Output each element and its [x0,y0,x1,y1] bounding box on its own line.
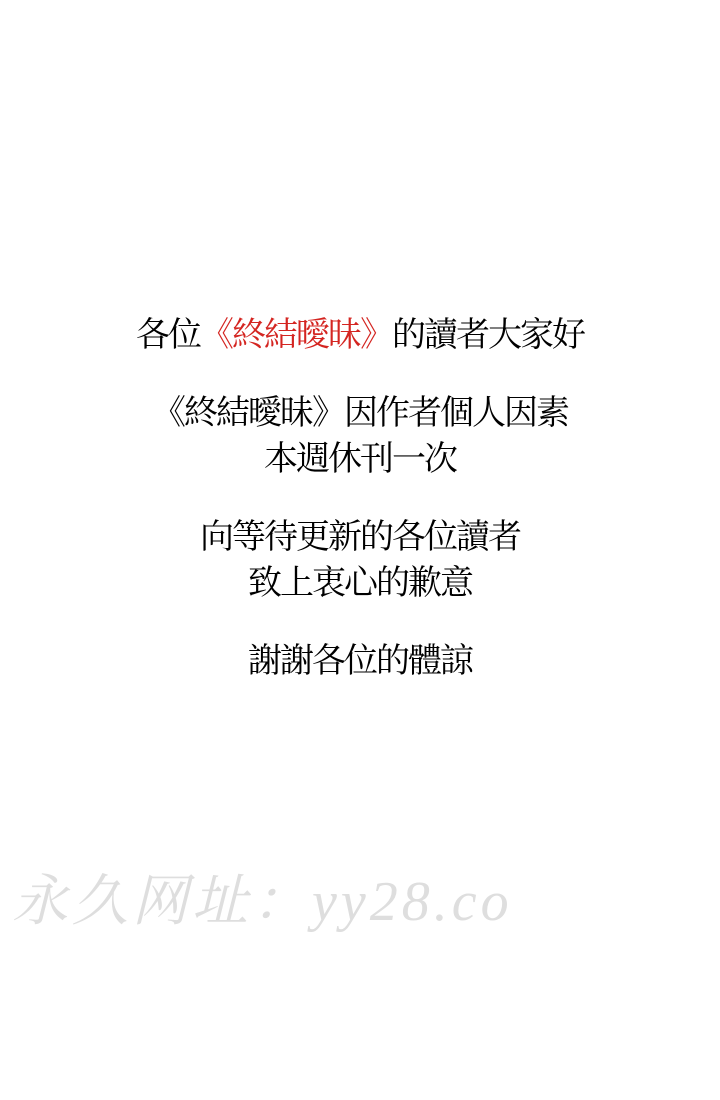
thanks-line: 謝謝各位的體諒 [248,642,472,680]
notice-text-block: 各位《終結曖昧》的讀者大家好 《終結曖昧》因作者個人因素本週休刊一次 向等待更新… [0,312,720,716]
greeting-prefix: 各位 [136,316,200,354]
hiatus-line-2: 本週休刊一次 [264,440,456,478]
hiatus-notice-page: 各位《終結曖昧》的讀者大家好 《終結曖昧》因作者個人因素本週休刊一次 向等待更新… [0,0,720,1100]
site-watermark: 永久网址：yy28.co [12,870,513,934]
hiatus-paragraph: 《終結曖昧》因作者個人因素本週休刊一次 [0,390,720,482]
greeting-line: 各位《終結曖昧》的讀者大家好 [0,312,720,358]
apology-paragraph: 向等待更新的各位讀者致上衷心的歉意 [0,514,720,606]
apology-line-1: 向等待更新的各位讀者 [200,518,520,556]
hiatus-line-1: 《終結曖昧》因作者個人因素 [152,394,568,432]
apology-line-2: 致上衷心的歉意 [248,564,472,602]
series-title: 《終結曖昧》 [200,316,392,354]
thanks-paragraph: 謝謝各位的體諒 [0,638,720,684]
greeting-suffix: 的讀者大家好 [392,316,584,354]
